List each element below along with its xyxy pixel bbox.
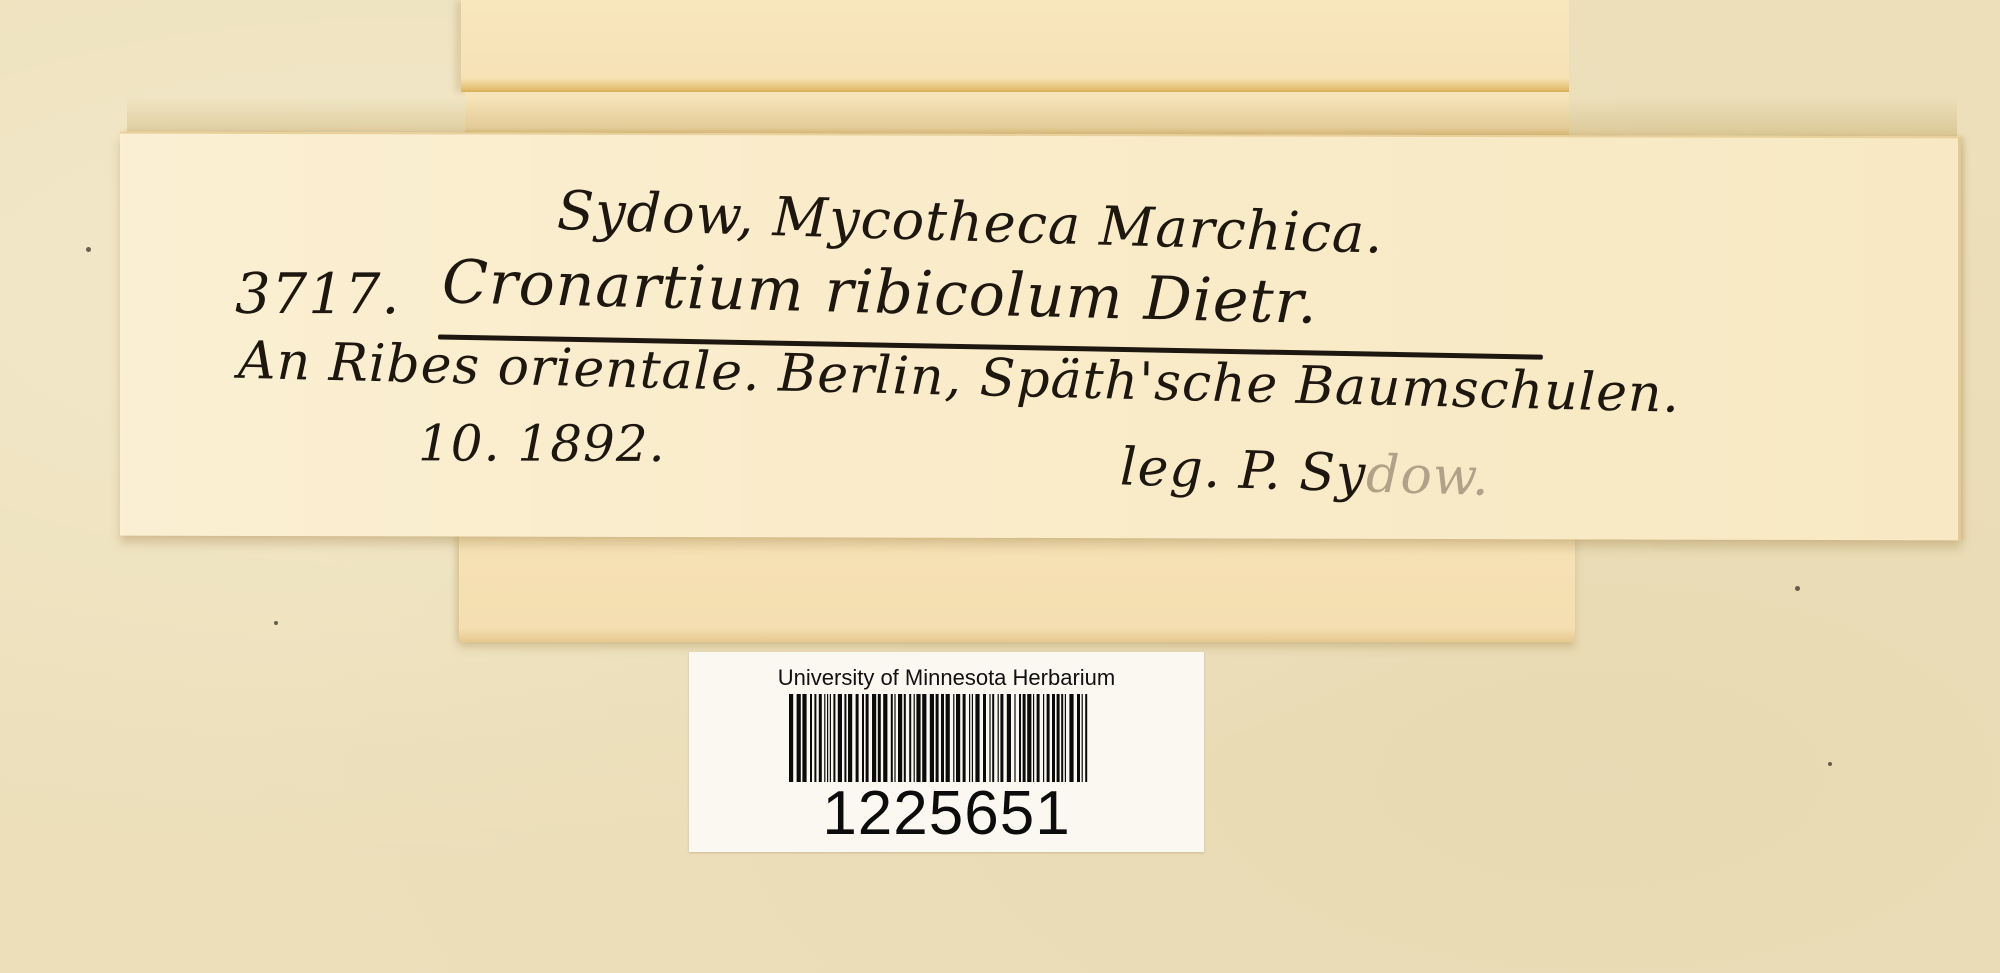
sheet-speck <box>1795 586 1800 591</box>
exsiccata-number: 3717. <box>235 262 400 327</box>
barcode-icon <box>789 694 1089 782</box>
sheet-speck <box>274 621 278 625</box>
collector: leg. P. Sydow. <box>1119 437 1490 508</box>
label-shadow <box>127 97 1957 137</box>
specimen-packet-top <box>461 0 1569 92</box>
sheet-speck <box>1828 762 1832 766</box>
taxon-name: Cronartium ribicolum Dietr. <box>441 247 1318 338</box>
handwritten-specimen-label: Sydow, Mycotheca Marchica. 3717. Cronart… <box>120 132 1961 541</box>
collector-visible: leg. P. Sy <box>1119 437 1367 504</box>
institution-name: University of Minnesota Herbarium <box>689 665 1204 691</box>
collection-date: 10. 1892. <box>418 414 666 473</box>
barcode-label: University of Minnesota Herbarium 122565… <box>689 652 1204 852</box>
sheet-speck <box>86 247 91 252</box>
catalog-number: 1225651 <box>689 778 1204 849</box>
collector-faded: dow. <box>1365 444 1490 508</box>
